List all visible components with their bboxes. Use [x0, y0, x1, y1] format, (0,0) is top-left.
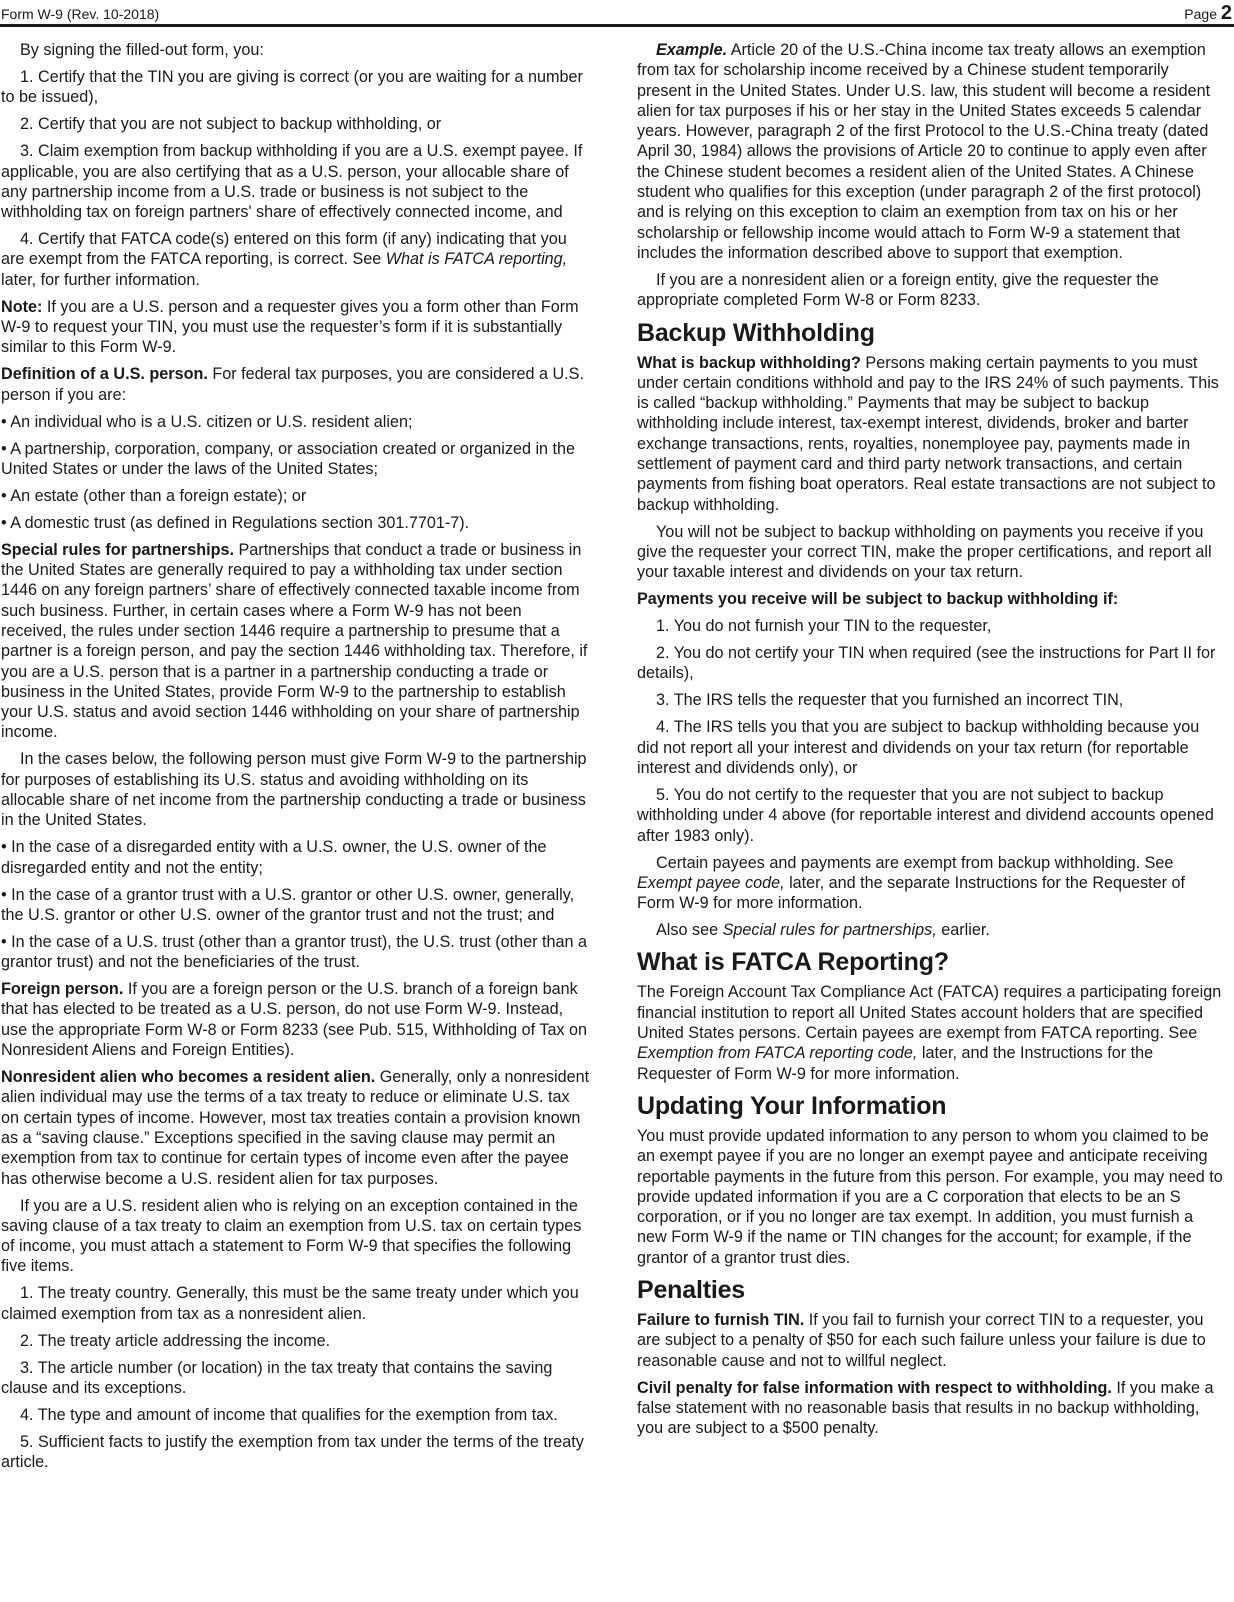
subheading: Payments you receive will be subject to …: [637, 589, 1225, 609]
list-item: 4. The type and amount of income that qu…: [1, 1405, 591, 1425]
section-heading-penalties: Penalties: [637, 1276, 1225, 1304]
paragraph: Civil penalty for false information with…: [637, 1378, 1225, 1439]
list-item: 2. Certify that you are not subject to b…: [1, 114, 591, 134]
list-item: 1. You do not furnish your TIN to the re…: [637, 616, 1225, 636]
cross-reference: What is FATCA reporting,: [386, 250, 567, 268]
bullet-item: • In the case of a disregarded entity wi…: [1, 837, 591, 878]
list-item: 5. Sufficient facts to justify the exemp…: [1, 1432, 591, 1473]
paragraph: Certain payees and payments are exempt f…: [637, 853, 1225, 914]
bullet-item: • A domestic trust (as defined in Regula…: [1, 513, 591, 533]
paragraph: If you are a U.S. resident alien who is …: [1, 1196, 591, 1277]
paragraph: You must provide updated information to …: [637, 1126, 1225, 1268]
nonresident-paragraph: Nonresident alien who becomes a resident…: [1, 1067, 591, 1189]
foreign-person-paragraph: Foreign person. If you are a foreign per…: [1, 979, 591, 1060]
section-heading-backup-withholding: Backup Withholding: [637, 319, 1225, 347]
cross-reference: Exemption from FATCA reporting code,: [637, 1044, 917, 1062]
bullet-item: • An individual who is a U.S. citizen or…: [1, 412, 591, 432]
page-number: Page 2: [1184, 3, 1232, 24]
list-item: 2. You do not certify your TIN when requ…: [637, 643, 1225, 684]
cross-reference: Special rules for partnerships,: [723, 921, 937, 939]
note-paragraph: Note: If you are a U.S. person and a req…: [1, 297, 591, 358]
example-paragraph: Example. Article 20 of the U.S.-China in…: [637, 40, 1225, 263]
definition-paragraph: Definition of a U.S. person. For federal…: [1, 364, 591, 405]
paragraph: In the cases below, the following person…: [1, 749, 591, 830]
bullet-item: • In the case of a U.S. trust (other tha…: [1, 932, 591, 973]
paragraph: If you are a nonresident alien or a fore…: [637, 270, 1225, 311]
paragraph: The Foreign Account Tax Compliance Act (…: [637, 982, 1225, 1083]
list-item: 5. You do not certify to the requester t…: [637, 785, 1225, 846]
list-item: 4. The IRS tells you that you are subjec…: [637, 717, 1225, 778]
paragraph: You will not be subject to backup withho…: [637, 522, 1225, 583]
paragraph: By signing the filled-out form, you:: [1, 40, 591, 60]
form-id: Form W-9 (Rev. 10-2018): [1, 4, 159, 24]
section-heading-fatca: What is FATCA Reporting?: [637, 948, 1225, 976]
bullet-item: • An estate (other than a foreign estate…: [1, 486, 591, 506]
page-header: Form W-9 (Rev. 10-2018) Page 2: [0, 0, 1234, 27]
left-column: By signing the filled-out form, you: 1. …: [1, 40, 591, 1479]
list-item: 1. The treaty country. Generally, this m…: [1, 1283, 591, 1324]
paragraph: What is backup withholding? Persons maki…: [637, 353, 1225, 515]
list-item: 4. Certify that FATCA code(s) entered on…: [1, 229, 591, 290]
list-item: 3. The article number (or location) in t…: [1, 1358, 591, 1399]
special-rules-paragraph: Special rules for partnerships. Partners…: [1, 540, 591, 743]
paragraph: Also see Special rules for partnerships,…: [637, 920, 1225, 940]
cross-reference: Exempt payee code,: [637, 874, 785, 892]
list-item: 2. The treaty article addressing the inc…: [1, 1331, 591, 1351]
list-item: 1. Certify that the TIN you are giving i…: [1, 67, 591, 108]
right-column: Example. Article 20 of the U.S.-China in…: [637, 40, 1225, 1445]
paragraph: Failure to furnish TIN. If you fail to f…: [637, 1310, 1225, 1371]
bullet-item: • In the case of a grantor trust with a …: [1, 885, 591, 926]
section-heading-updating: Updating Your Information: [637, 1092, 1225, 1120]
list-item: 3. Claim exemption from backup withholdi…: [1, 141, 591, 222]
bullet-item: • A partnership, corporation, company, o…: [1, 439, 591, 480]
list-item: 3. The IRS tells the requester that you …: [637, 690, 1225, 710]
